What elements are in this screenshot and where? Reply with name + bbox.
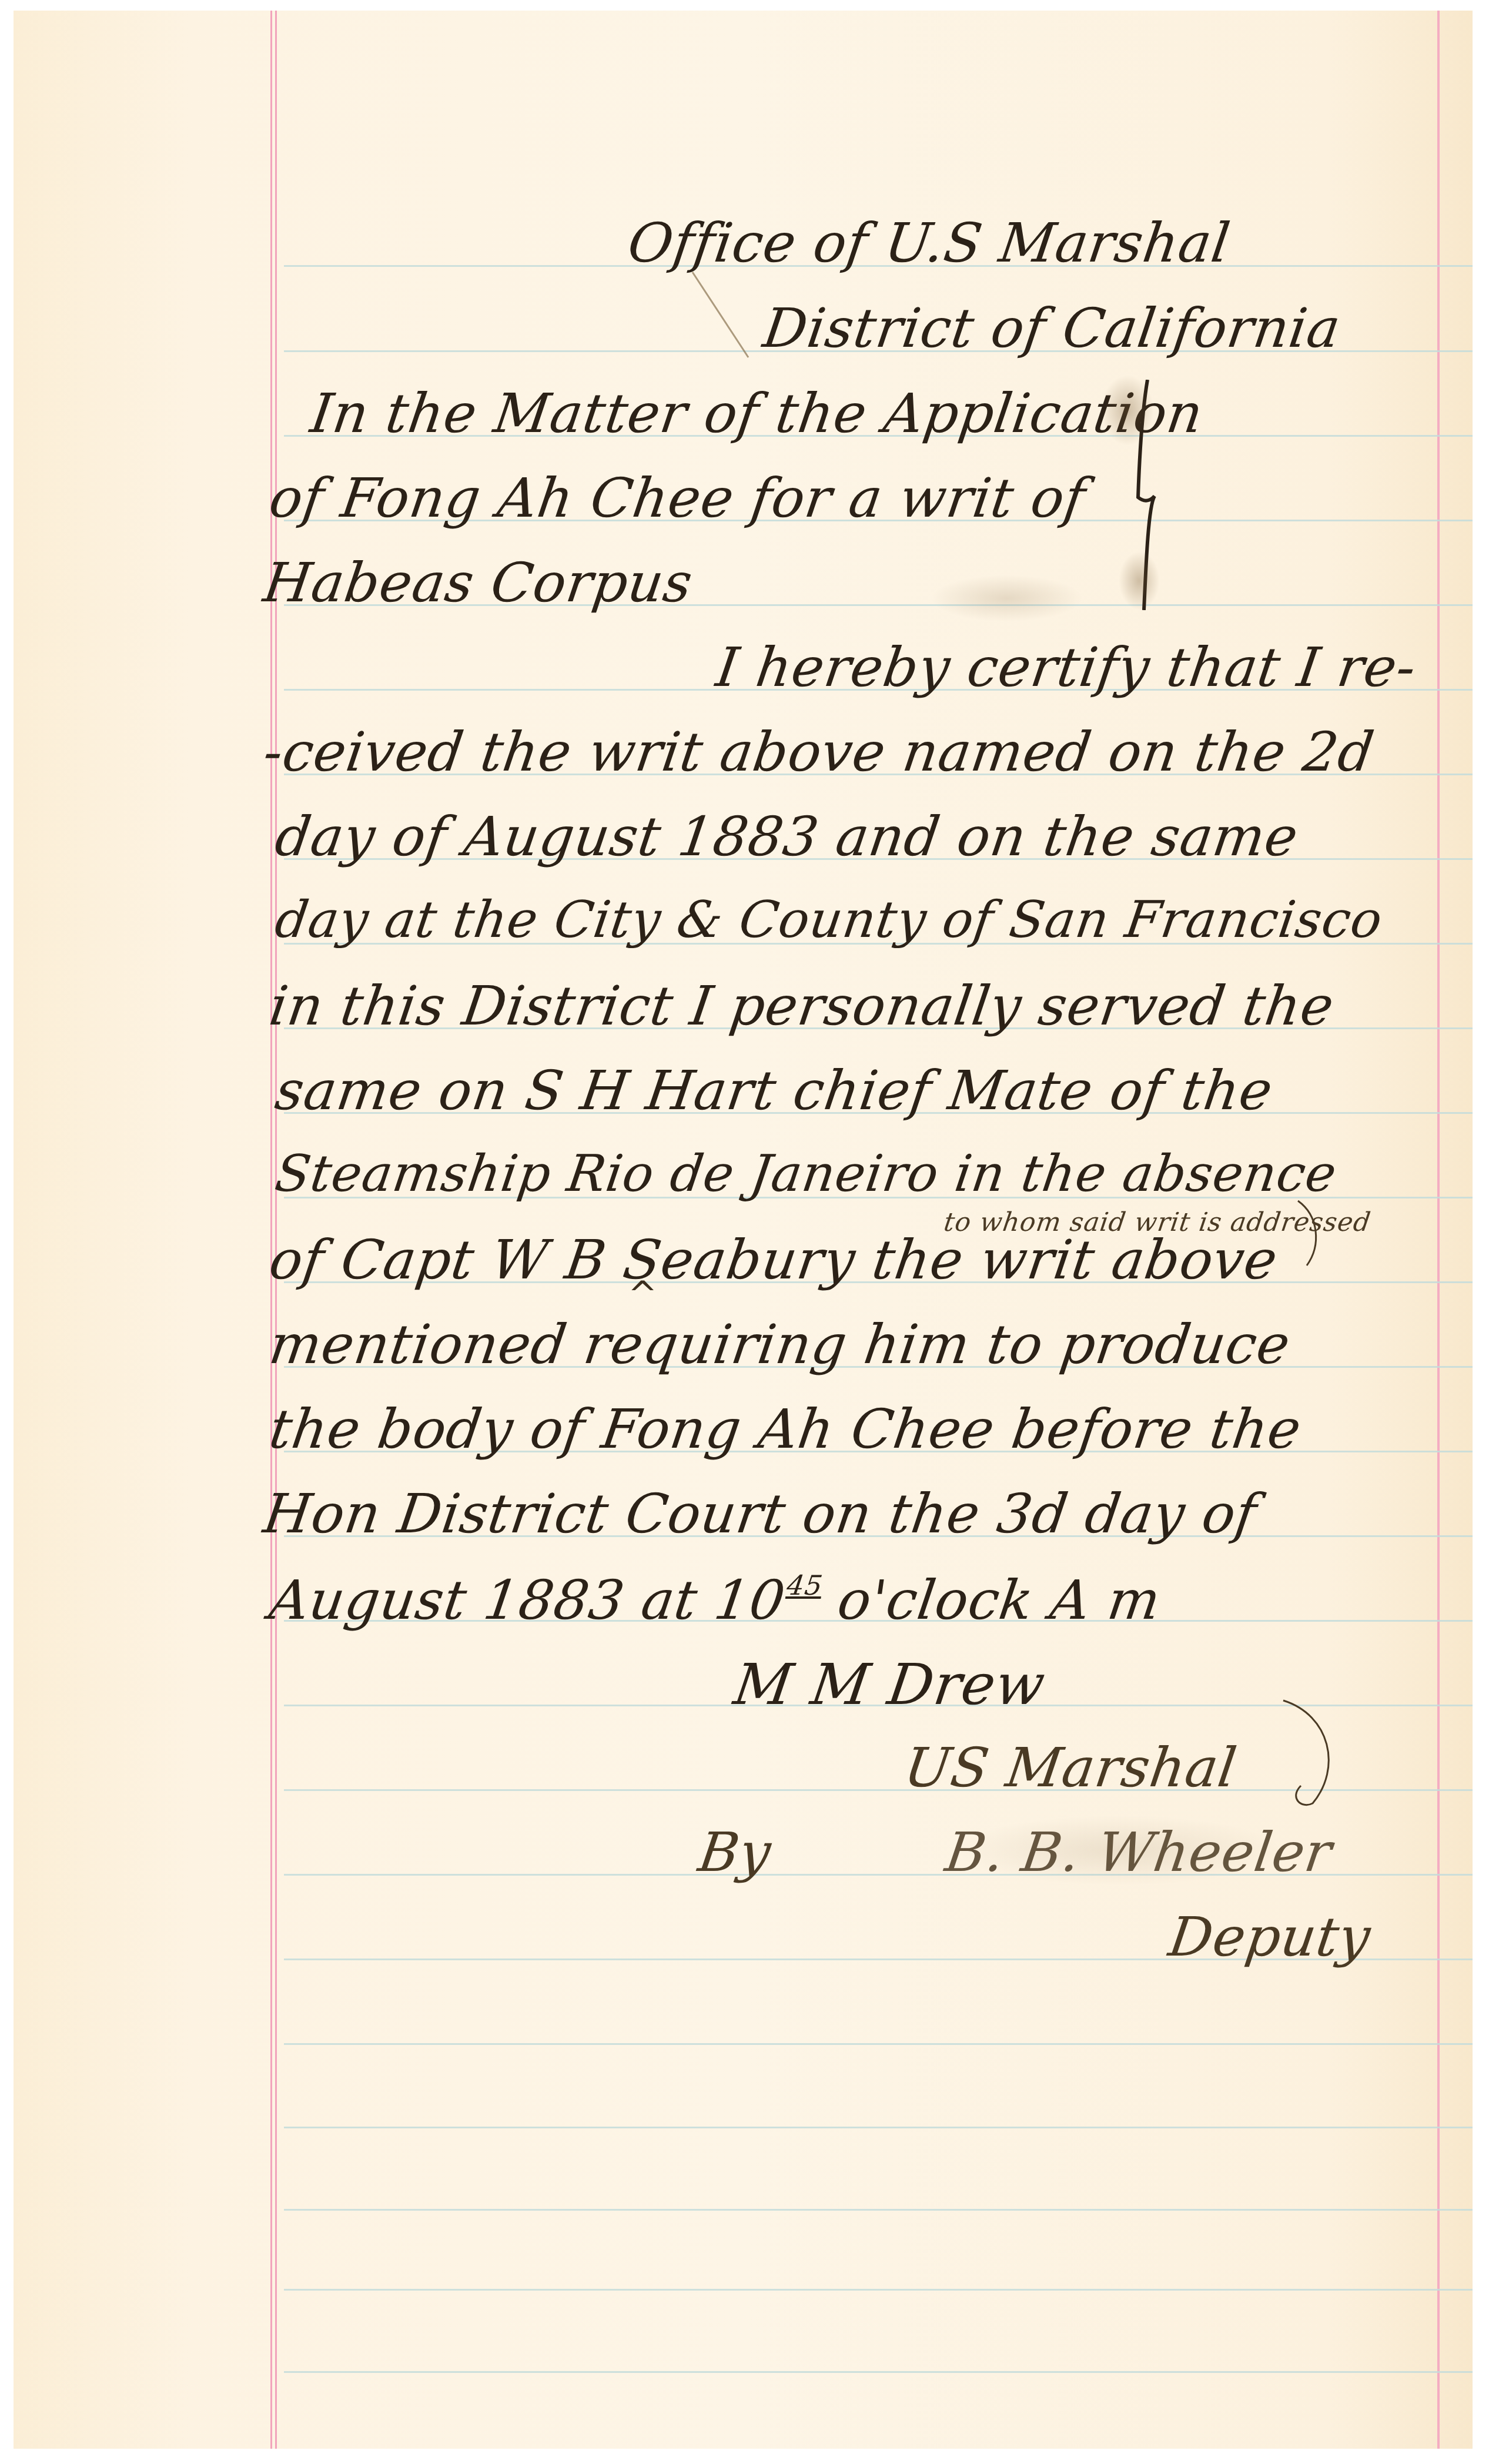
caption-line-1: In the Matter of the Application [307,387,1206,441]
pen-scratch-mark [690,269,760,363]
marshal-title: US Marshal [901,1741,1240,1795]
body-line-10: the body of Fong Ah Chee before the [266,1402,1304,1457]
time-suffix: o'clock A m [816,1569,1165,1632]
ruled-line [284,2043,1473,2045]
insertion-bracket [1295,1198,1330,1268]
marshal-signature: M M Drew [731,1656,1049,1713]
caption-line-2: of Fong Ah Chee for a writ of [266,471,1089,525]
ink-smudge [1101,375,1154,446]
ruled-line [284,2371,1473,2373]
ruled-line [284,2127,1473,2128]
body-line-8: of Capt W B Seabury the writ above [266,1233,1281,1287]
body-line-9: mentioned requiring him to produce [266,1318,1293,1372]
date-time-text: August 1883 at 10 [266,1569,789,1632]
signature-blot [954,1815,1283,1886]
ruled-line [284,2289,1473,2291]
insertion-caret: ^ [628,1274,657,1315]
caption-line-3: Habeas Corpus [260,556,696,610]
right-margin-line [1437,11,1440,2449]
body-line-2: -ceived the writ above named on the 2d [260,725,1377,779]
office-heading: Office of U.S Marshal [625,216,1233,270]
body-line-7: Steamship Rio de Janeiro in the absence [272,1149,1340,1199]
title-arc-flourish [1277,1698,1348,1809]
deputy-title: Deputy [1166,1910,1374,1964]
by-label: By [695,1826,775,1880]
document-page: Office of U.S Marshal District of Califo… [14,11,1473,2449]
left-margin-line [270,11,272,2449]
body-line-6: same on S H Hart chief Mate of the [272,1064,1276,1118]
district-heading: District of California [760,302,1344,356]
time-minutes-superscript: 45 [785,1569,825,1601]
ink-speckle [931,575,1083,622]
body-line-4: day at the City & County of San Francisc… [272,895,1386,945]
body-line-3: day of August 1883 and on the same [272,810,1301,864]
body-line-12: August 1883 at 1045 o'clock A m [266,1572,1164,1628]
ink-smudge [1119,551,1160,610]
body-line-1: I hereby certify that I re- [713,641,1420,695]
body-line-11: Hon District Court on the 3d day of [260,1487,1260,1541]
body-line-5: in this District I personally served the [266,979,1337,1033]
ruled-line [284,2209,1473,2211]
